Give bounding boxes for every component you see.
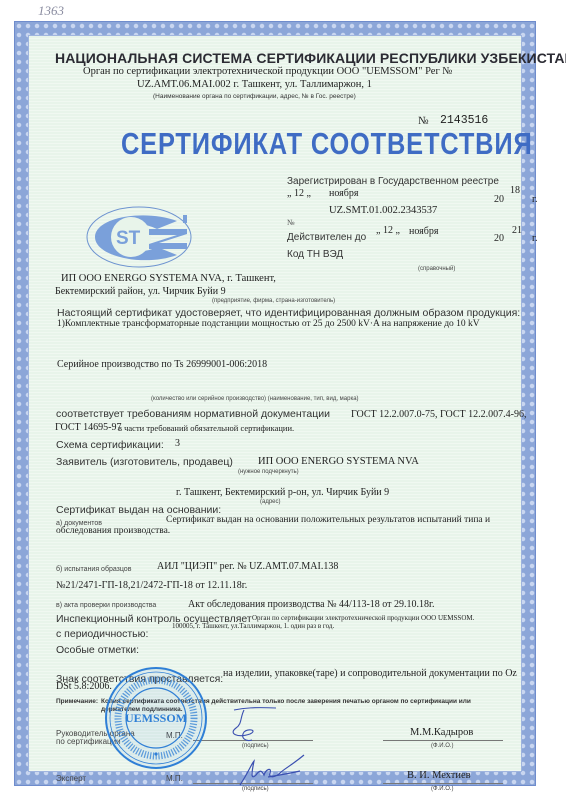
signatory1-name-line — [383, 740, 503, 741]
certifies-intro: Настоящий сертификат удостоверяет, что и… — [57, 307, 520, 319]
serial-production: Серийное производство по Ts 26999001-006… — [57, 359, 267, 370]
product-caption: (количество или серийное производство) (… — [151, 396, 359, 402]
stz-logo-icon: ST — [85, 201, 193, 271]
signatory2-name-caption: (Ф.И.О.) — [431, 786, 454, 792]
audit-value: Акт обследования производства № 44/113-1… — [188, 599, 435, 610]
note-label: Примечание: — [56, 698, 98, 705]
certification-body-line1: Орган по сертификации электротехнической… — [83, 66, 452, 77]
registration-year-end: г. — [532, 194, 537, 205]
applicant-value: ИП ООО ENERGO SYSTEMA NVA — [258, 456, 419, 467]
standards-line1: ГОСТ 12.2.007.0-75, ГОСТ 12.2.007.4-96, — [351, 409, 526, 420]
applicant-label: Заявитель (изготовитель, продавец) — [56, 456, 233, 468]
audit-label: в) акта проверки производства — [56, 602, 156, 609]
signature-kadyrov-icon — [214, 704, 284, 744]
registry-number: UZ.SMT.01.002.2343537 — [329, 205, 437, 216]
registration-day: „ 12 „ — [287, 188, 311, 199]
uemssom-stamp-icon: UEMSSOM — [104, 666, 208, 770]
tests-label: б) испытания образцов — [56, 566, 131, 573]
valid-until-year-prefix: 20 — [494, 233, 504, 244]
basis-docs-value-line2: обследования производства. — [56, 526, 170, 536]
tests-value: АИЛ "ЦИЭП" рег. № UZ.AMT.07.MAI.138 — [157, 561, 338, 572]
signatory2-role: Эксперт — [56, 774, 86, 783]
valid-until-month: ноября — [409, 226, 438, 237]
valid-until-year-suffix: 21 — [512, 225, 522, 236]
standards-line2: ГОСТ 14695-97 — [55, 422, 121, 433]
inspection-value-line2: 100005, г. Ташкент, ул.Таллимаржон, 1. о… — [172, 622, 334, 630]
registration-month: ноября — [329, 188, 358, 199]
manufacturer-line2: Бектемирский район, ул. Чирчик Буйи 9 — [55, 286, 226, 297]
applicant-address: г. Ташкент, Бектемирский р-он, ул. Чирчи… — [176, 487, 389, 498]
svg-text:ST: ST — [116, 228, 141, 249]
registration-label: Зарегистрирован в Государственном реестр… — [287, 176, 499, 187]
signatory2-name: В. И. Мехтиев — [407, 770, 471, 781]
mark-value-line1: на изделии, упаковке(таре) и сопроводите… — [223, 668, 517, 679]
certificate-body: НАЦИОНАЛЬНАЯ СИСТЕМА СЕРТИФИКАЦИИ РЕСПУБ… — [28, 35, 522, 772]
inspection-label-line2: с периодичностью: — [56, 628, 148, 640]
system-title: НАЦИОНАЛЬНАЯ СИСТЕМА СЕРТИФИКАЦИИ РЕСПУБ… — [55, 50, 566, 66]
applicant-caption: (нужное подчеркнуть) — [238, 469, 299, 475]
handwritten-number: 1363 — [38, 3, 64, 19]
signature-mekhtiev-icon — [234, 751, 309, 791]
tn-ved-caption: (справочный) — [418, 266, 455, 272]
scheme-label: Схема сертификации: — [56, 439, 164, 451]
signatory1-name: М.М.Кадыров — [410, 727, 473, 738]
scheme-value: 3 — [175, 438, 180, 449]
registry-number-label: № — [287, 218, 295, 227]
registration-year-suffix: 18 — [510, 185, 520, 196]
inspection-value-line1: Орган по сертификации электротехнической… — [252, 614, 474, 622]
signatory2-name-line — [383, 783, 503, 784]
certification-body-line2: UZ.AMT.06.MAI.002 г. Ташкент, ул. Таллим… — [137, 79, 372, 90]
valid-until-day: „ 12 „ — [376, 225, 400, 236]
manufacturer-caption: (предприятие, фирма, страна-изготовитель… — [212, 298, 335, 304]
certification-body-caption: (Наименование органа по сертификации, ад… — [153, 93, 356, 100]
basis-docs-value-line1: Сертификат выдан на основании положитель… — [166, 515, 490, 525]
valid-until-label: Действителен до — [287, 232, 366, 243]
product-description: 1)Комплектные трансформаторные подстанци… — [57, 319, 480, 329]
certificate-title: СЕРТИФИКАТ СООТВЕТСТВИЯ — [121, 126, 533, 162]
valid-until-year-end: г. — [532, 233, 537, 244]
signatory1-name-caption: (Ф.И.О.) — [431, 743, 454, 749]
tn-ved-label: Код ТН ВЭД — [287, 249, 343, 260]
registration-year-prefix: 20 — [494, 194, 504, 205]
special-notes-label: Особые отметки: — [56, 644, 139, 656]
conformity-label: соответствует требованиям нормативной до… — [56, 408, 330, 420]
test-protocols: №21/2471-ГП-18,21/2472-ГП-18 от 12.11.18… — [56, 580, 247, 591]
signatory2-seal: М.П. — [166, 774, 183, 783]
manufacturer-line1: ИП ООО ENERGO SYSTEMA NVA, г. Ташкент, — [61, 273, 276, 284]
address-caption: (адрес) — [260, 499, 281, 505]
mandatory-part: в части требований обязательной сертифик… — [118, 423, 294, 433]
certificate-frame: НАЦИОНАЛЬНАЯ СИСТЕМА СЕРТИФИКАЦИИ РЕСПУБ… — [14, 21, 536, 786]
svg-text:UEMSSOM: UEMSSOM — [125, 711, 187, 725]
